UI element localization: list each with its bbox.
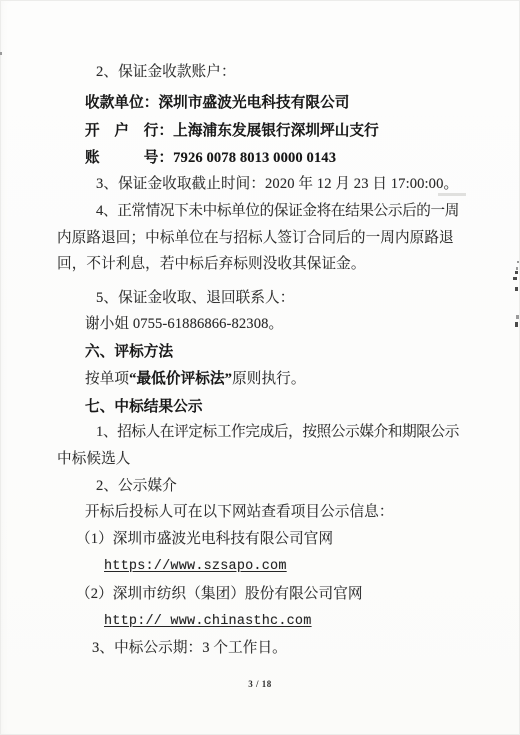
scan-artifact [516,315,519,319]
scan-artifact [516,267,518,270]
evaluation-method-suffix: 原则执行。 [232,371,305,387]
document-page: 2、保证金收款账户： 收款单位：深圳市盛波光电科技有限公司 开 户 行：上海浦东… [0,0,520,735]
account-number-line: 账 号：7926 0078 8013 0000 0143 [85,150,336,166]
contact-info-line: 谢小姐 0755-61886866-82308。 [85,316,283,332]
scan-artifact [515,271,518,274]
refund-para-line-2: 内原路退回；中标单位在与招标人签订合同后的一周内原路退 [57,230,454,246]
refund-para-line-1: 4、正常情况下未中标单位的保证金将在结果公示后的一周 [96,203,459,219]
website-2-url: http:// www.chinasthc.com [104,614,312,630]
evaluation-method-quoted: “最低价评标法” [129,371,232,387]
scan-artifact [0,52,2,55]
scan-artifact [438,193,466,196]
section-6-heading: 六、评标方法 [85,344,173,360]
publicity-para-line-2: 中标候选人 [57,451,130,467]
refund-para-line-3: 回，不计利息，若中标后弃标则没收其保证金。 [57,256,366,272]
media-heading-line: 2、公示媒介 [96,478,177,494]
deadline-line: 3、保证金收取截止时间：2020 年 12 月 23 日 17:00:00。 [96,176,458,192]
website-intro-line: 开标后投标人可在以下网站查看项目公示信息： [85,504,394,520]
bank-line: 开 户 行：上海浦东发展银行深圳坪山支行 [85,123,379,139]
deposit-account-heading: 2、保证金收款账户： [96,64,236,80]
evaluation-method-prefix: 按单项 [85,371,129,387]
scan-artifact [515,287,518,291]
contact-heading-line: 5、保证金收取、退回联系人： [96,290,294,306]
payee-line: 收款单位：深圳市盛波光电科技有限公司 [85,95,350,111]
page-number: 3 / 18 [0,679,520,689]
section-7-heading: 七、中标结果公示 [85,399,203,415]
scan-artifact [517,261,519,263]
scan-artifact [513,277,517,280]
publicity-para-line-1: 1、招标人在评定标工作完成后，按照公示媒介和期限公示 [96,424,459,440]
website-1-url: https://www.szsapo.com [104,559,287,575]
website-2-name-line: （2）深圳市纺织（集团）股份有限公司官网 [76,586,363,602]
publicity-period-line: 3、中标公示期：3 个工作日。 [92,640,287,656]
scan-artifact [515,322,518,327]
evaluation-method-line: 按单项“最低价评标法”原则执行。 [85,371,306,387]
website-1-name-line: （1）深圳市盛波光电科技有限公司官网 [76,531,333,547]
